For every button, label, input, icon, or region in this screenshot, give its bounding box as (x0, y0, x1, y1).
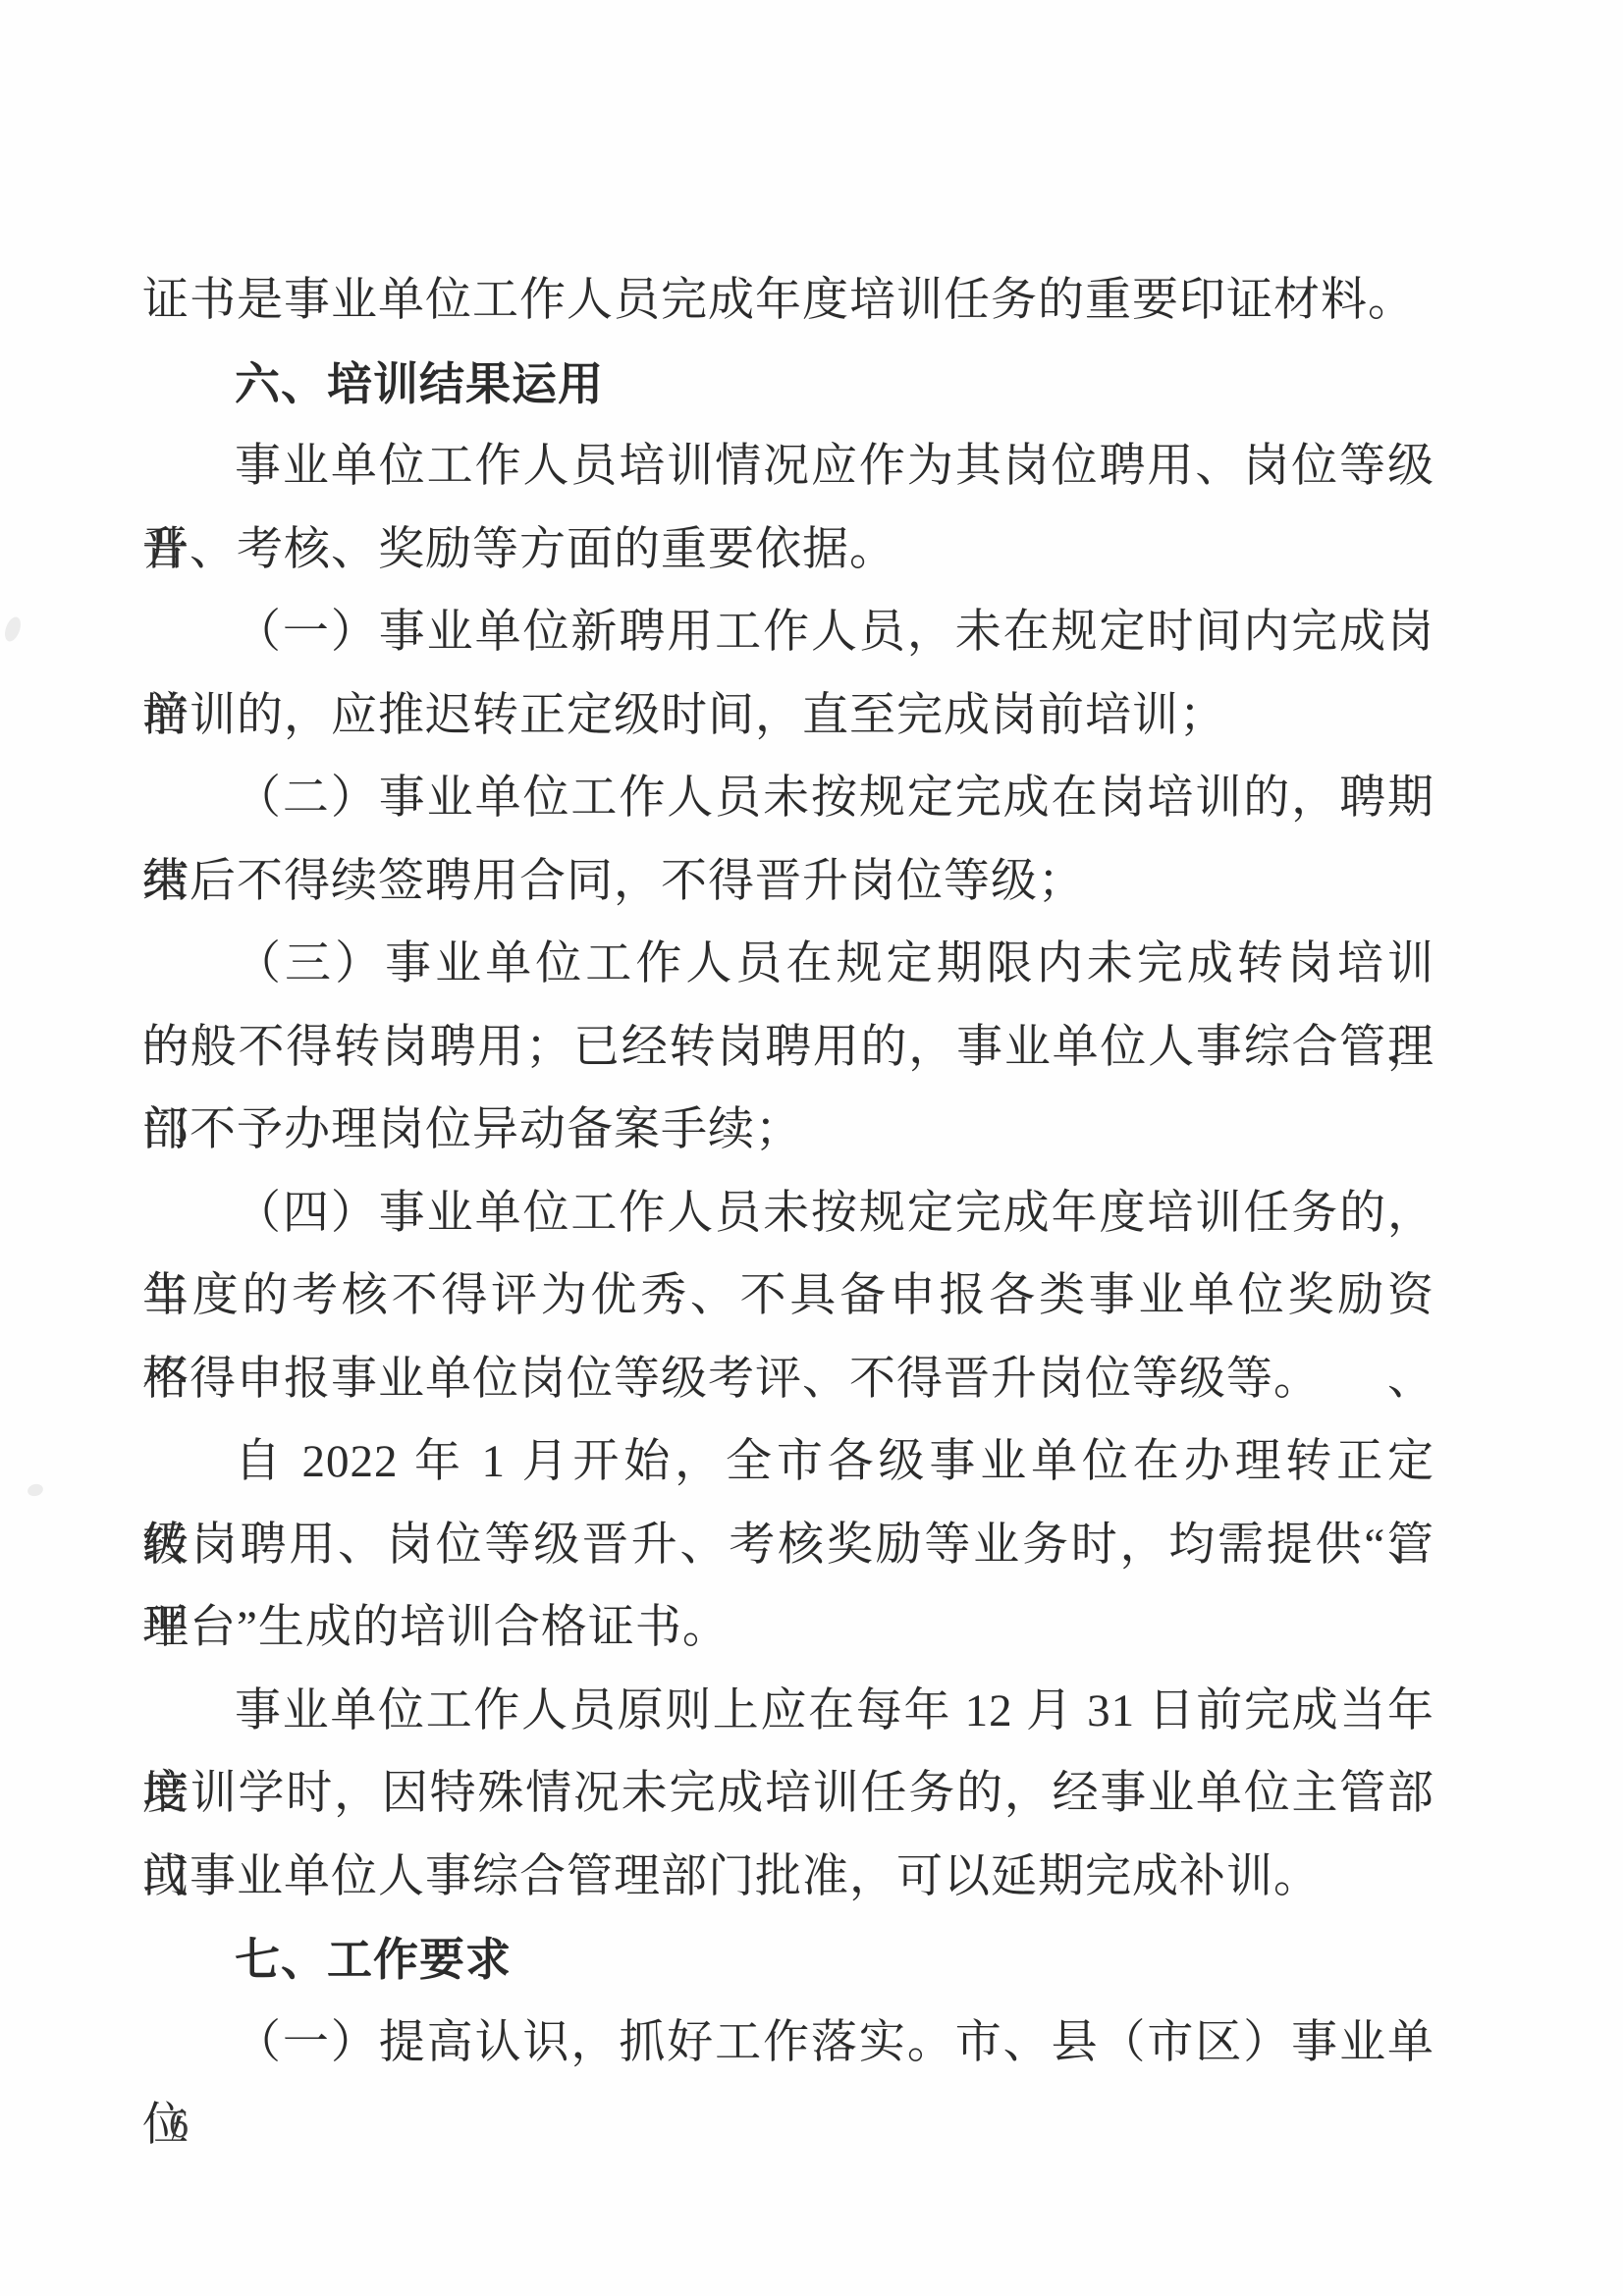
section-heading: 六、培训结果运用 (142, 343, 1434, 426)
section-heading: 七、工作要求 (142, 1918, 1434, 2002)
text-line: 一般不得转岗聘用；已经转岗聘用的，事业单位人事综合管理部 (142, 1006, 1434, 1090)
document-body: 证书是事业单位工作人员完成年度培训任务的重要印证材料。六、培训结果运用事业单位工… (142, 259, 1434, 2084)
text-line: 或事业单位人事综合管理部门批准，可以延期完成补训。 (142, 1836, 1434, 1919)
text-line: （四）事业单位工作人员未按规定完成年度培训任务的，当 (142, 1172, 1434, 1255)
scan-smudge (27, 1482, 45, 1498)
text-line: （一）事业单位新聘用工作人员，未在规定时间内完成岗前 (142, 591, 1434, 674)
text-line: 束后不得续签聘用合同，不得晋升岗位等级； (142, 840, 1434, 924)
text-line: 事业单位工作人员原则上应在每年 12 月 31 日前完成当年度 (142, 1670, 1434, 1753)
text-line: 培训的，应推迟转正定级时间，直至完成岗前培训； (142, 674, 1434, 758)
text-line: 升、考核、奖励等方面的重要依据。 (142, 508, 1434, 592)
text-line: 证书是事业单位工作人员完成年度培训任务的重要印证材料。 (142, 259, 1434, 343)
text-line: （二）事业单位工作人员未按规定完成在岗培训的，聘期结 (142, 757, 1434, 840)
text-line: 年度的考核不得评为优秀、不具备申报各类事业单位奖励资格、 (142, 1255, 1434, 1338)
text-line: 门不予办理岗位异动备案手续； (142, 1089, 1434, 1172)
text-line: 转岗聘用、岗位等级晋升、考核奖励等业务时，均需提供“管理 (142, 1504, 1434, 1587)
text-line: （三）事业单位工作人员在规定期限内未完成转岗培训的， (142, 923, 1434, 1006)
document-page: 证书是事业单位工作人员完成年度培训任务的重要印证材料。六、培训结果运用事业单位工… (0, 0, 1623, 2296)
scan-smudge (2, 614, 24, 643)
text-line: 平台”生成的培训合格证书。 (142, 1586, 1434, 1670)
text-line: （一）提高认识，抓好工作落实。市、县（市区）事业单位 (142, 2002, 1434, 2085)
text-line: 自 2022 年 1 月开始，全市各级事业单位在办理转正定级、 (142, 1420, 1434, 1504)
text-line: 培训学时，因特殊情况未完成培训任务的，经事业单位主管部门 (142, 1752, 1434, 1836)
text-line: 不得申报事业单位岗位等级考评、不得晋升岗位等级等。 (142, 1338, 1434, 1421)
text-line: 事业单位工作人员培训情况应作为其岗位聘用、岗位等级晋 (142, 425, 1434, 508)
page-number: 6 (169, 2103, 189, 2146)
